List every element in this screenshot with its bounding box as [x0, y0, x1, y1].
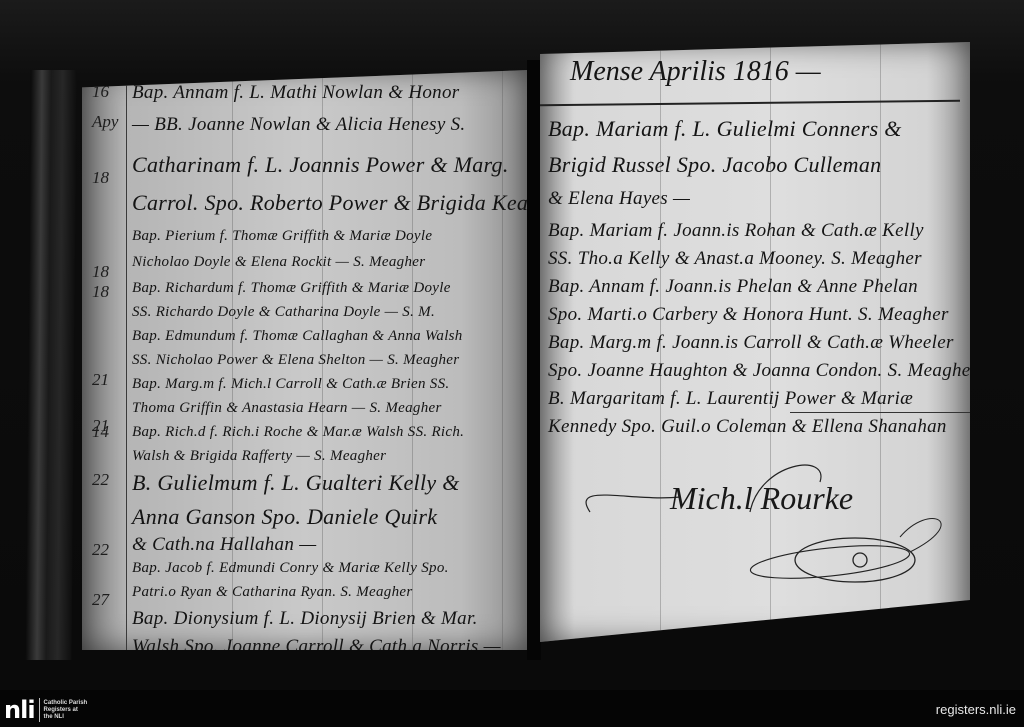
logo-divider [39, 698, 40, 722]
register-entry-line: Bap. Mariam f. L. Gulielmi Conners & [548, 116, 902, 142]
register-entry-line: Walsh & Brigida Rafferty — S. Meagher [132, 448, 386, 465]
margin-date: 22 [92, 470, 109, 490]
logo-text-line: Registers at [44, 707, 88, 714]
footer: nli Catholic Parish Registers at the NLI… [0, 690, 1024, 727]
register-entry-line: Bap. Edmundum f. Thomæ Callaghan & Anna … [132, 328, 463, 345]
book-gutter [527, 60, 541, 660]
register-entry-line: Bap. Dionysium f. L. Dionysij Brien & Ma… [132, 608, 478, 630]
register-entry-line: Bap. Pierium f. Thomæ Griffith & Mariæ D… [132, 228, 432, 245]
register-entry-line: B. Margaritam f. L. Laurentij Power & Ma… [548, 388, 913, 410]
register-entry-line: Bap. Marg.m f. Mich.l Carroll & Cath.æ B… [132, 376, 449, 393]
margin-date: Apy [92, 112, 118, 132]
header-rule [540, 100, 960, 106]
register-entry-line: Brigid Russel Spo. Jacobo Culleman [548, 152, 881, 178]
margin-date: 21 [92, 370, 109, 390]
margin-date: 16 [92, 82, 109, 102]
register-entry-line: — BB. Joanne Nowlan & Alicia Henesy S. [132, 114, 465, 136]
register-entry-line: Anna Ganson Spo. Daniele Quirk [132, 504, 437, 530]
margin-date: 21 [92, 416, 109, 436]
signature-flourish-icon [570, 442, 950, 592]
register-entry-line: Bap. Rich.d f. Rich.i Roche & Mar.æ Wals… [132, 424, 464, 441]
register-entry-line: Spo. Joanne Haughton & Joanna Condon. S.… [548, 360, 978, 382]
register-entry-line: Walsh Spo. Joanne Carroll & Cath.a Norri… [132, 636, 501, 658]
left-page: 16Apy181818142121222227 Bap. Annam f. L.… [82, 70, 528, 650]
register-entry-line: Bap. Mariam f. Joann.is Rohan & Cath.æ K… [548, 220, 924, 242]
register-entry-line: SS. Richardo Doyle & Catharina Doyle — S… [132, 304, 435, 321]
register-entry-line: Kennedy Spo. Guil.o Coleman & Ellena Sha… [548, 416, 947, 438]
register-entry-line: Bap. Marg.m f. Joann.is Carroll & Cath.æ… [548, 332, 954, 354]
register-entry-line: SS. Nicholao Power & Elena Shelton — S. … [132, 352, 459, 369]
page-header-month: Mense Aprilis 1816 — [570, 56, 821, 88]
margin-date: 27 [92, 590, 109, 610]
register-entry-line: Spo. Marti.o Carbery & Honora Hunt. S. M… [548, 304, 949, 326]
book-spine [25, 70, 76, 660]
register-entry-line: Catharinam f. L. Joannis Power & Marg. [132, 152, 509, 178]
nli-logo-mark: nli [4, 698, 35, 722]
priest-signature: Mich.l Rourke [570, 442, 950, 592]
register-entry-line: Bap. Richardum f. Thomæ Griffith & Mariæ… [132, 280, 451, 297]
signature-text: Mich.l Rourke [670, 480, 853, 517]
register-entry-line: Bap. Jacob f. Edmundi Conry & Mariæ Kell… [132, 560, 449, 577]
register-entry-line: SS. Tho.a Kelly & Anast.a Mooney. S. Mea… [548, 248, 922, 270]
register-entry-line: Thoma Griffin & Anastasia Hearn — S. Mea… [132, 400, 442, 417]
margin-date: 18 [92, 168, 109, 188]
logo-text-line: the NLI [44, 714, 88, 721]
logo-text: Catholic Parish Registers at the NLI [44, 700, 88, 721]
right-page: Mense Aprilis 1816 — Bap. Mariam f. L. G… [540, 42, 970, 642]
site-link[interactable]: registers.nli.ie [936, 702, 1016, 717]
register-entry-line: & Cath.na Hallahan — [132, 534, 316, 556]
register-entry-line: Patri.o Ryan & Catharina Ryan. S. Meaghe… [132, 584, 412, 601]
margin-date: 18 [92, 262, 109, 282]
register-entry-line: Carrol. Spo. Roberto Power & Brigida Kea… [132, 190, 568, 216]
logo-text-line: Catholic Parish [44, 700, 88, 707]
margin-rule [126, 70, 127, 650]
margin-date: 22 [92, 540, 109, 560]
nli-logo[interactable]: nli Catholic Parish Registers at the NLI [4, 698, 87, 722]
register-entry-line: Bap. Annam f. L. Mathi Nowlan & Honor [132, 82, 459, 104]
register-entry-line: B. Gulielmum f. L. Gualteri Kelly & [132, 470, 460, 496]
register-scan: 16Apy181818142121222227 Bap. Annam f. L.… [0, 0, 1024, 690]
margin-date: 18 [92, 282, 109, 302]
register-entry-line: & Elena Hayes — [548, 188, 690, 210]
end-rule [790, 412, 970, 413]
register-entry-line: Nicholao Doyle & Elena Rockit — S. Meagh… [132, 254, 425, 271]
register-entry-line: Bap. Annam f. Joann.is Phelan & Anne Phe… [548, 276, 918, 298]
